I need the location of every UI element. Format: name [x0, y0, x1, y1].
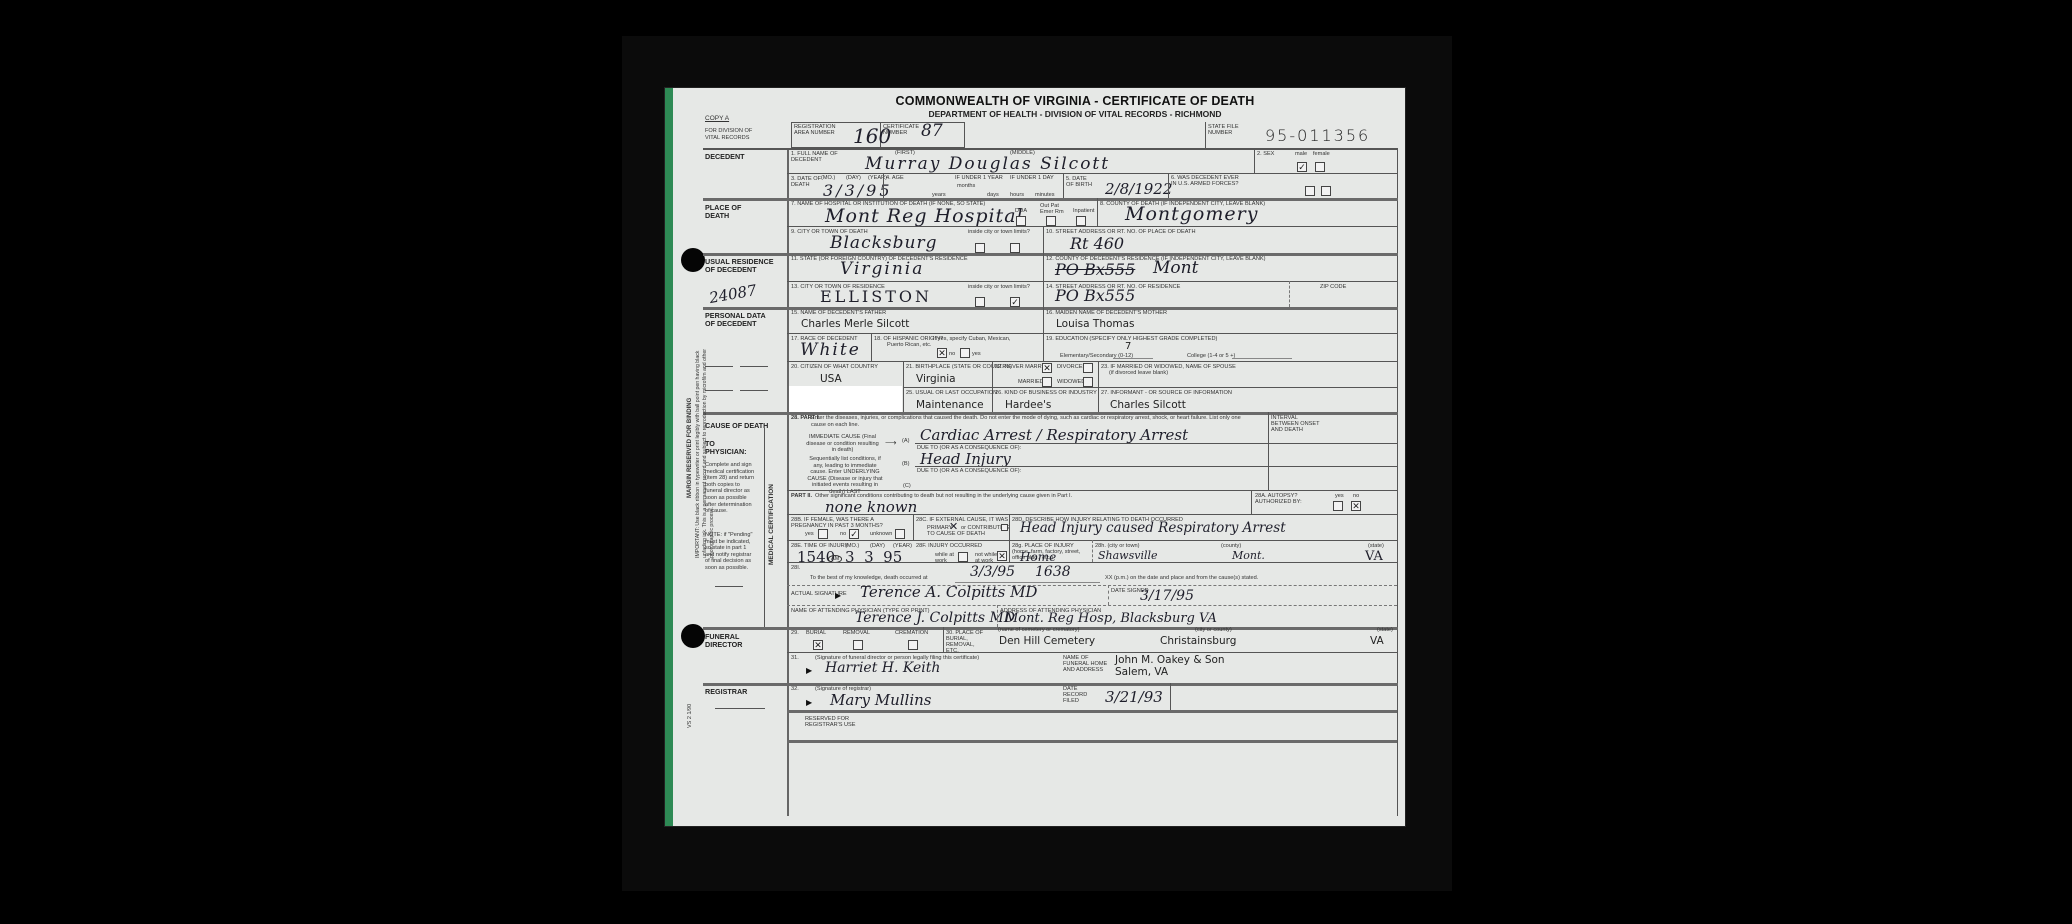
- informant-label: 27. INFORMANT - OR SOURCE OF INFORMATION: [1101, 390, 1232, 396]
- county-of-death-value: Montgomery: [1125, 203, 1258, 225]
- dob-label: 5. DATE OF BIRTH: [1066, 176, 1096, 188]
- birthplace-value: Virginia: [916, 373, 956, 385]
- sex-male-label: male: [1295, 151, 1307, 157]
- physician-name-value: Terence J. Colpitts MD: [855, 610, 1015, 626]
- interval-label: INTERVAL BETWEEN ONSET AND DEATH: [1271, 415, 1321, 433]
- inpatient-label: Inpatient: [1073, 208, 1094, 214]
- physician-address-value: Mont. Reg Hosp, Blacksburg VA: [1005, 611, 1217, 626]
- spouse-sub-label: (if divorced leave blank): [1109, 370, 1168, 376]
- certificate-title: COMMONWEALTH OF VIRGINIA - CERTIFICATE O…: [865, 94, 1285, 108]
- residence-limits-label: inside city or town limits?: [968, 284, 1030, 290]
- full-name-label: 1. FULL NAME OF DECEDENT: [791, 151, 841, 163]
- occupation-label: 25. USUAL OR LAST OCCUPATION: [906, 390, 997, 396]
- armed-forces-yes-checkbox[interactable]: [1305, 186, 1315, 196]
- autopsy-yes-checkbox[interactable]: [1333, 501, 1343, 511]
- injury-city-value: Shawsville: [1098, 549, 1158, 562]
- pregnancy-label: 28b. IF FEMALE, WAS THERE A PREGNANCY IN…: [791, 517, 906, 529]
- armed-forces-no-checkbox[interactable]: [1321, 186, 1331, 196]
- hispanic-yes-checkbox[interactable]: [960, 348, 970, 358]
- registrar-signature: Mary Mullins: [830, 691, 931, 709]
- binding-stripe: [665, 88, 673, 826]
- date-filed-label: DATE RECORD FILED: [1063, 686, 1103, 704]
- sex-label: 2. SEX: [1257, 151, 1274, 157]
- removal-label: REMOVAL: [843, 630, 870, 636]
- section-decedent: DECEDENT: [705, 153, 745, 161]
- months-label: months: [957, 183, 975, 189]
- industry-label: 26. KIND OF BUSINESS OR INDUSTRY: [995, 390, 1097, 396]
- external-contributing-checkbox[interactable]: [1001, 524, 1008, 531]
- married-checkbox[interactable]: [1042, 377, 1052, 387]
- pregnancy-no-label: no: [840, 531, 846, 537]
- due-to-b-label: DUE TO (OR AS A CONSEQUENCE OF):: [917, 468, 1021, 474]
- burial-city-value: Christainsburg: [1160, 635, 1236, 647]
- street-of-residence-value: PO Bx555: [1055, 286, 1135, 305]
- hispanic-no-checkbox[interactable]: ✕: [937, 348, 947, 358]
- residence-limits-no-checkbox[interactable]: ✓: [1010, 297, 1020, 307]
- armed-forces-label: 6. WAS DECEDENT EVER IN U.S. ARMED FORCE…: [1171, 175, 1241, 187]
- pregnancy-yes-label: yes: [805, 531, 814, 537]
- cause-c-label: (C): [903, 483, 911, 489]
- important-note: IMPORTANT: Use black ribbon in typewrite…: [695, 338, 716, 558]
- punch-hole: [681, 624, 705, 648]
- autopsy-label: 28a. AUTOPSY? AUTHORIZED BY:: [1255, 493, 1315, 505]
- county-of-residence-struck: PO Bx555: [1055, 260, 1135, 279]
- hispanic-sub-label: Puerto Rican, etc.: [887, 342, 931, 348]
- burial-state-label: (state): [1377, 627, 1393, 633]
- burial-state-value: VA: [1370, 635, 1384, 647]
- medical-certification-label: MEDICAL CERTIFICATION: [768, 484, 775, 565]
- mother-label: 16. MAIDEN NAME OF DECEDENT'S MOTHER: [1046, 310, 1167, 316]
- hispanic-yes-label: yes: [972, 351, 981, 357]
- dob-value: 2/8/1922: [1105, 180, 1172, 198]
- autopsy-no-label: no: [1353, 493, 1359, 499]
- hospital-value: Mont Reg Hospital: [825, 205, 1024, 227]
- pregnancy-yes-checkbox[interactable]: [818, 529, 828, 539]
- state-file-value: 95-011356: [1265, 126, 1370, 145]
- arrow-right-icon: ⟶: [885, 438, 896, 447]
- zip-label: ZIP CODE: [1320, 284, 1346, 290]
- out-pat-checkbox[interactable]: [1046, 216, 1056, 226]
- certification-time: 1638: [1035, 564, 1071, 580]
- registrar-signature-label: 32.: [791, 686, 799, 692]
- disposition-label: 29.: [791, 630, 799, 636]
- not-while-at-work-checkbox[interactable]: ✕: [997, 551, 1007, 561]
- burial-city-label: (city or county): [1195, 627, 1232, 633]
- section-registrar: REGISTRAR: [705, 688, 747, 696]
- to-cause-label: TO CAUSE OF DEATH: [927, 531, 985, 537]
- education-label: 19. EDUCATION (Specify only highest grad…: [1046, 336, 1217, 342]
- certificate-subtitle: DEPARTMENT OF HEALTH - DIVISION OF VITAL…: [865, 109, 1285, 119]
- pregnancy-no-checkbox[interactable]: ✓: [849, 529, 859, 539]
- date-signed-value: 3/17/95: [1140, 588, 1194, 604]
- state-file-label: STATE FILE NUMBER: [1208, 124, 1248, 136]
- funeral-home-line1: John M. Oakey & Son: [1115, 654, 1225, 666]
- inpatient-checkbox[interactable]: [1076, 216, 1086, 226]
- race-value: White: [800, 340, 861, 360]
- burial-label: BURIAL: [806, 630, 826, 636]
- autopsy-yes-label: yes: [1335, 493, 1344, 499]
- under-1-day-label: IF UNDER 1 DAY: [1010, 175, 1054, 181]
- redacted-field: [789, 386, 902, 412]
- under-1-year-label: IF UNDER 1 YEAR: [955, 175, 1003, 181]
- sex-female-label: female: [1313, 151, 1330, 157]
- out-pat-label: Out Pat Emer Rm: [1040, 203, 1070, 215]
- burial-checkbox[interactable]: ✕: [813, 640, 823, 650]
- form-code: VS 2 1/90: [687, 704, 693, 728]
- margin-binding-note: MARGIN RESERVED FOR BINDING: [687, 398, 693, 498]
- funeral-home-label: NAME OF FUNERAL HOME AND ADDRESS: [1063, 655, 1108, 673]
- registration-label: REGISTRATION AREA NUMBER: [794, 124, 844, 136]
- cemetery-label: (name of cemetery or crematory): [998, 627, 1079, 633]
- funeral-director-signature: Harriet H. Keith: [825, 660, 940, 676]
- punch-hole: [681, 248, 705, 272]
- autopsy-no-checkbox[interactable]: ✕: [1351, 501, 1361, 511]
- section-personal-data: PERSONAL DATA OF DECEDENT: [705, 312, 775, 328]
- margin-handwritten-number: 24087: [708, 281, 758, 307]
- occupation-value: Maintenance: [916, 399, 984, 411]
- doa-checkbox[interactable]: [1016, 216, 1026, 226]
- industry-value: Hardee's: [1005, 399, 1051, 411]
- arrow-right-icon: ▶: [806, 698, 812, 707]
- time-of-injury-date: 3 3 95: [845, 548, 902, 566]
- certification-text: To the best of my knowledge, death occur…: [810, 575, 928, 582]
- injury-occurred-label: 28f. INJURY OCCURRED: [916, 543, 982, 549]
- city-of-death-value: Blacksburg: [830, 233, 937, 253]
- copy-label: COPY A: [705, 116, 729, 122]
- city-limits-label: inside city or town limits?: [968, 229, 1030, 235]
- cremation-label: CREMATION: [895, 630, 928, 636]
- certificate-value: 87: [921, 121, 943, 141]
- county-of-residence-value: Mont: [1153, 258, 1198, 278]
- citizen-value: USA: [820, 373, 842, 385]
- street-of-death-value: Rt 460: [1070, 234, 1124, 253]
- cemetery-value: Den Hill Cemetery: [999, 635, 1095, 647]
- arrow-right-icon: ▶: [835, 591, 841, 600]
- citizen-label: 20. CITIZEN OF WHAT COUNTRY: [791, 364, 878, 370]
- death-city-limits-no-checkbox[interactable]: [1010, 243, 1020, 253]
- external-cause-label: 28c. IF EXTERNAL CAUSE, IT WAS: [916, 517, 1008, 523]
- hispanic-no-label: no: [949, 351, 955, 357]
- injury-county-value: Mont.: [1232, 549, 1265, 562]
- mother-value: Louisa Thomas: [1056, 318, 1135, 330]
- reserved-label: RESERVED FOR REGISTRAR'S USE: [805, 716, 865, 728]
- college-label: College (1-4 or 5 +): [1187, 353, 1235, 359]
- widowed-label: WIDOWED: [1057, 379, 1085, 385]
- certification-date: 3/3/95: [970, 564, 1015, 580]
- physician-signature: Terence A. Colpitts MD: [860, 583, 1037, 601]
- father-value: Charles Merle Silcott: [801, 318, 909, 330]
- injury-description-value: Head Injury caused Respiratory Arrest: [1020, 520, 1286, 536]
- cause-a-label: (A): [902, 438, 909, 444]
- doa-label: DOA: [1015, 208, 1027, 214]
- pregnancy-unknown-checkbox[interactable]: [895, 529, 905, 539]
- immediate-cause-label: IMMEDIATE CAUSE (Final disease or condit…: [805, 434, 880, 454]
- certificate-label: CERTIFICATE NUMBER: [883, 124, 923, 136]
- cause-a-value: Cardiac Arrest / Respiratory Arrest: [920, 426, 1188, 444]
- never-married-checkbox[interactable]: ✕: [1042, 363, 1052, 373]
- pregnancy-unknown-label: unknown: [870, 531, 892, 537]
- section-funeral-director: FUNERAL DIRECTOR: [705, 633, 765, 649]
- city-of-residence-value: Elliston: [820, 287, 932, 306]
- residence-limits-yes-checkbox[interactable]: [975, 297, 985, 307]
- cremation-checkbox[interactable]: [908, 640, 918, 650]
- funeral-signature-label: 31.: [791, 655, 799, 661]
- age-label: 4. AGE: [886, 175, 904, 181]
- state-of-residence-value: Virginia: [840, 259, 924, 279]
- section-usual-residence: USUAL RESIDENCE OF DECEDENT: [705, 258, 780, 274]
- sex-female-checkbox[interactable]: [1315, 162, 1325, 172]
- place-of-burial-label: 30. PLACE OF BURIAL, REMOVAL, ETC.: [946, 630, 986, 654]
- certification-suffix: XX (p.m.) on the date and place and from…: [1105, 575, 1258, 582]
- arrow-right-icon: ▶: [806, 666, 812, 675]
- widowed-checkbox[interactable]: [1083, 377, 1093, 387]
- sex-male-checkbox[interactable]: ✓: [1297, 162, 1307, 172]
- education-value: 7: [1125, 341, 1131, 352]
- death-city-limits-yes-checkbox[interactable]: [975, 243, 985, 253]
- part2-label: PART II.: [791, 493, 812, 499]
- date-filed-value: 3/21/93: [1105, 688, 1163, 706]
- section-place-of-death: PLACE OF DEATH: [705, 204, 765, 220]
- for-division-label: FOR DIVISION OF VITAL RECORDS: [705, 128, 765, 141]
- divorced-checkbox[interactable]: [1083, 363, 1093, 373]
- removal-checkbox[interactable]: [853, 640, 863, 650]
- cause-b-label: (B): [902, 461, 909, 467]
- full-name-value: Murray Douglas Silcott: [865, 154, 1110, 174]
- father-label: 15. NAME OF DECEDENT'S FATHER: [791, 310, 886, 316]
- hispanic-hint: If yes, specify Cuban, Mexican,: [933, 336, 1010, 342]
- death-certificate: COMMONWEALTH OF VIRGINIA - CERTIFICATE O…: [665, 88, 1405, 826]
- while-at-work-checkbox[interactable]: [958, 552, 968, 562]
- certification-label: 28i.: [791, 565, 800, 571]
- married-label: MARRIED: [1018, 379, 1044, 385]
- informant-value: Charles Silcott: [1110, 399, 1186, 411]
- funeral-home-line2: Salem, VA: [1115, 666, 1168, 678]
